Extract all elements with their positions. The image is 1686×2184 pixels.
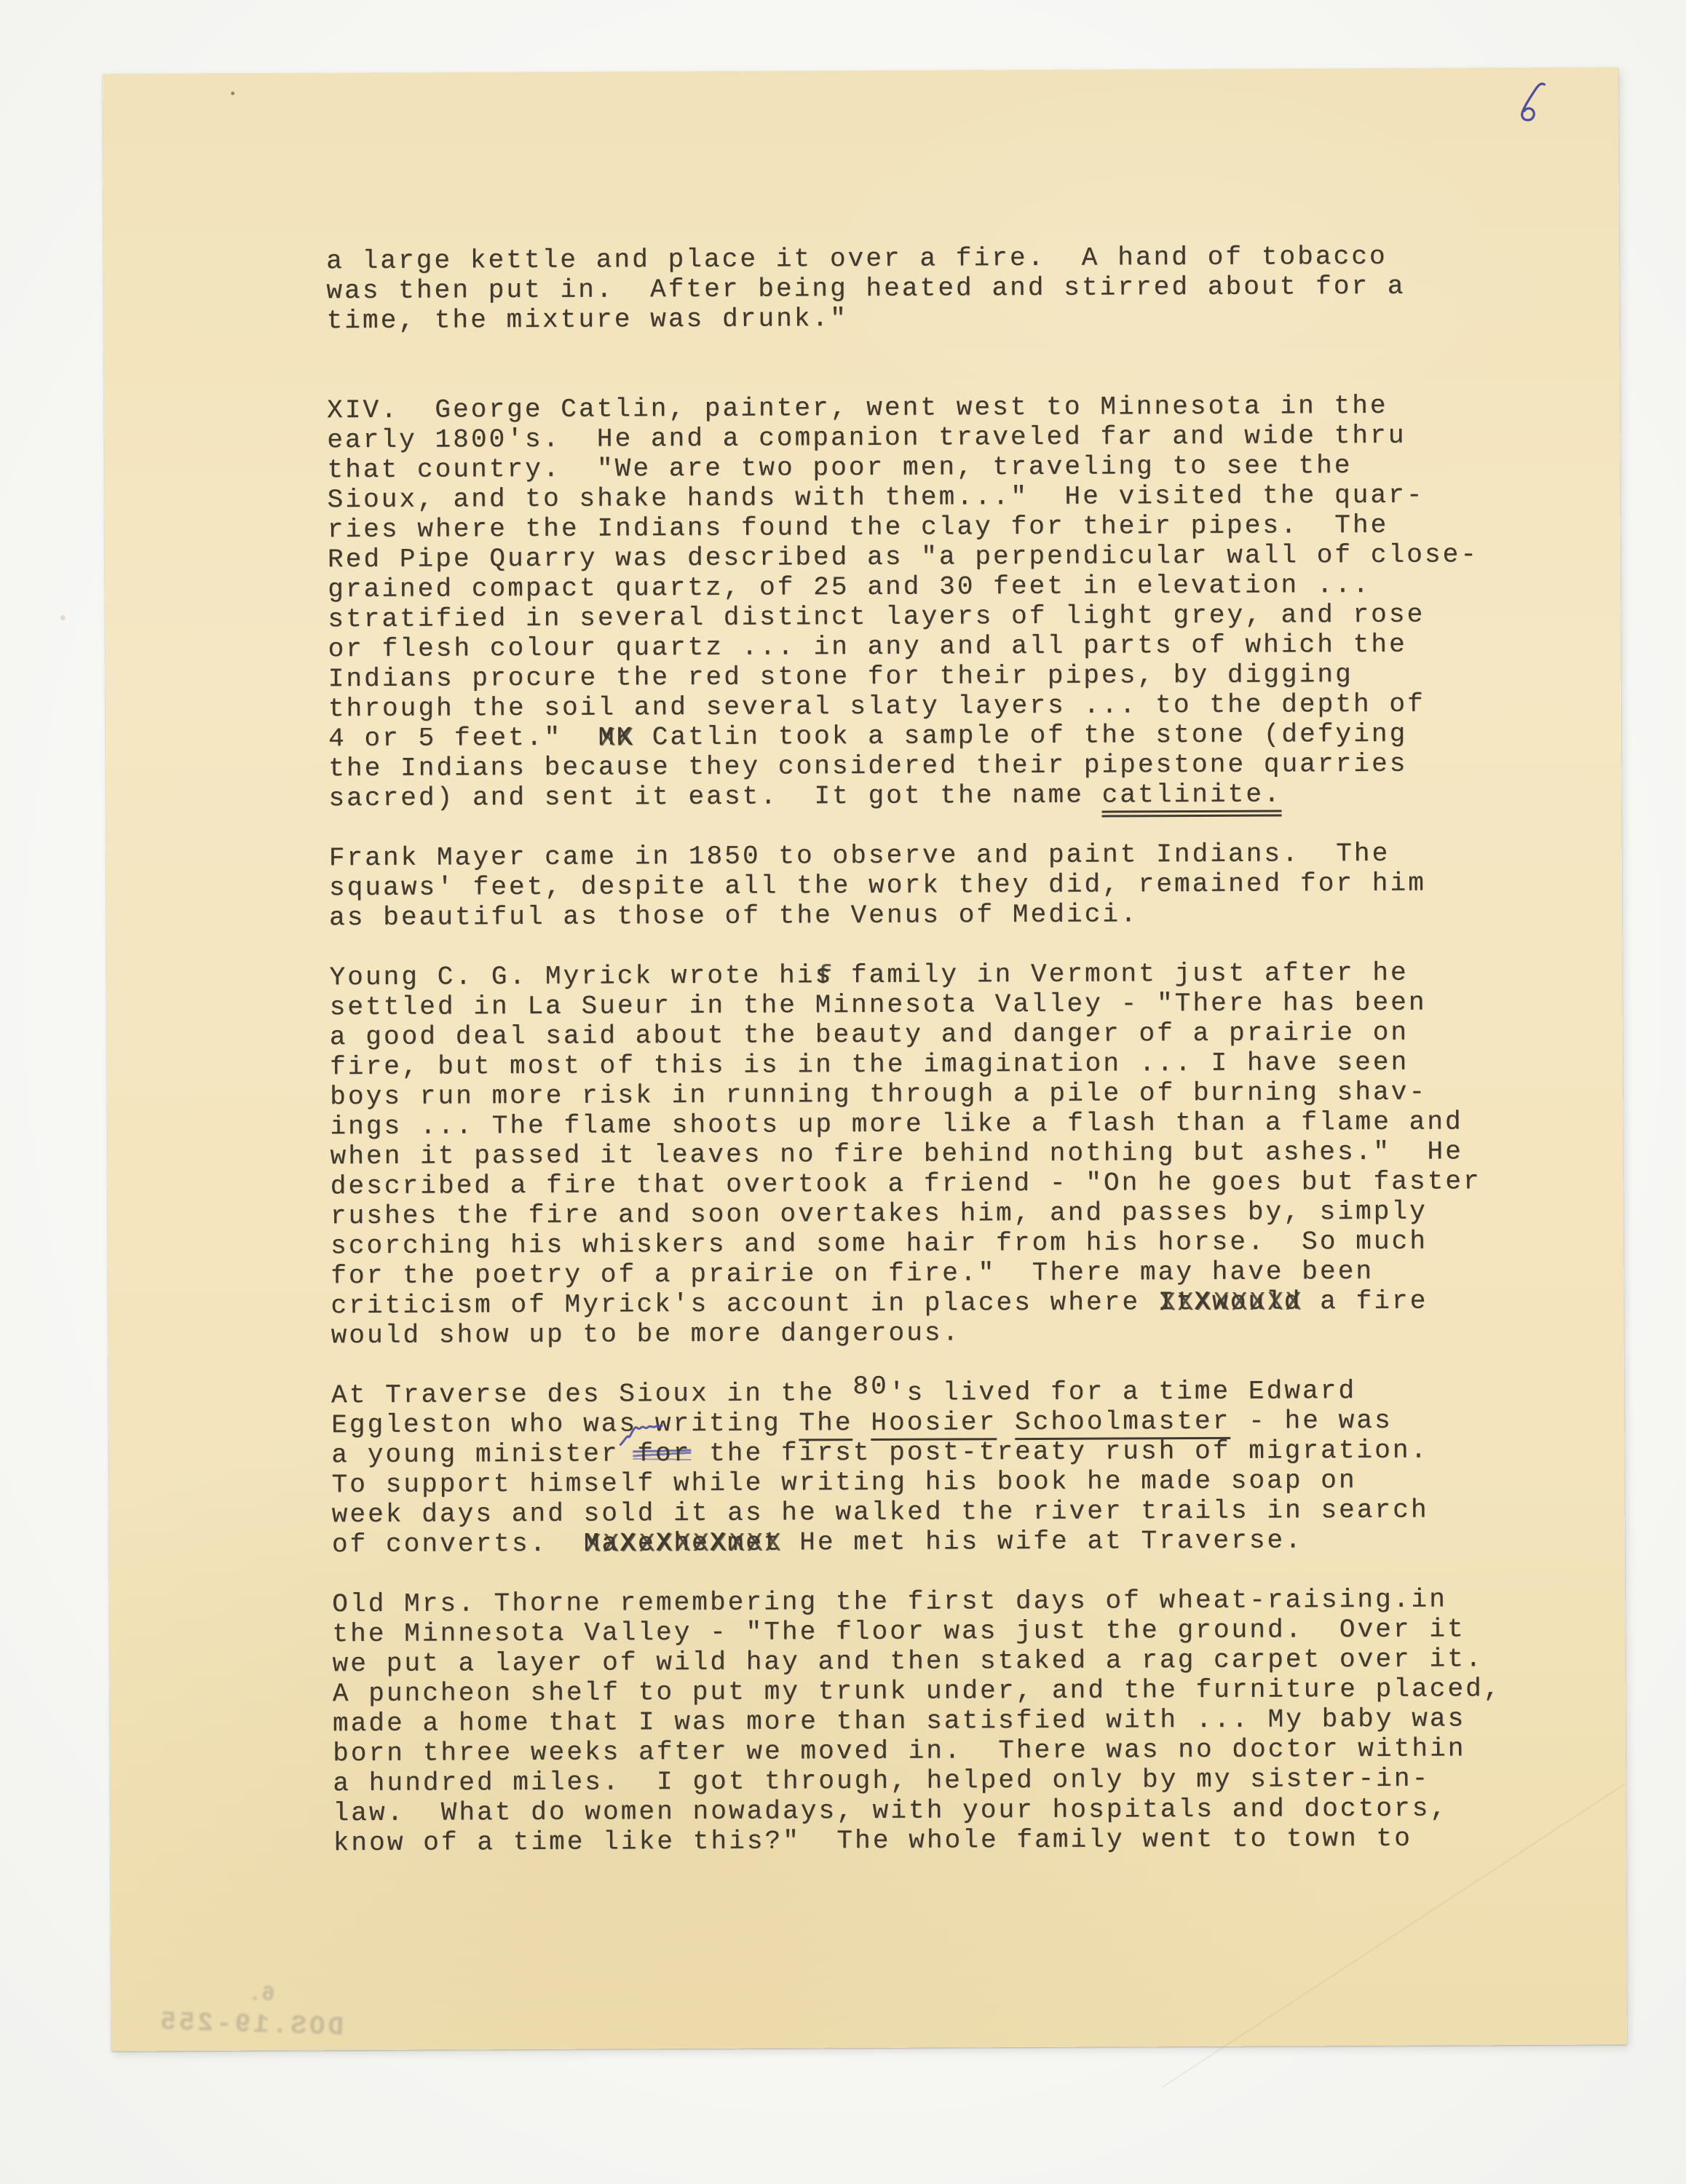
raised-80: 80 — [852, 1372, 889, 1401]
typed-line: ries where the Indians found the clay fo… — [328, 510, 1497, 545]
typed-line: fire, but most of this is in the imagina… — [330, 1047, 1499, 1082]
typed-line: when it passed it leaves no fire behind … — [330, 1136, 1499, 1171]
typed-line: 4 or 5 feet." MKXX Catlin took a sample … — [328, 719, 1497, 753]
typed-line: boys run more risk in running through a … — [330, 1077, 1499, 1112]
overstruck-correction: sf — [815, 960, 833, 990]
typed-line: stratified in several distinct layers of… — [328, 599, 1497, 634]
underlined-term-catlinite: catlinite. — [1102, 779, 1282, 817]
typed-line: Eggleston who was writing The Hoosier Sc… — [331, 1405, 1500, 1440]
typed-line: rushes the fire and soon overtakes him, … — [331, 1196, 1500, 1231]
typewritten-text: a large kettle and place it over a fire.… — [326, 241, 1502, 1858]
typed-line: settled in La Sueur in the Minnesota Val… — [330, 987, 1499, 1022]
typed-line: born three weeks after we moved in. Ther… — [333, 1733, 1502, 1768]
typed-line: made a home that I was more than satisfi… — [333, 1704, 1502, 1738]
underlined-title-word: Schoolmaster — [1015, 1406, 1231, 1440]
paragraph-gap — [329, 808, 1498, 843]
typed-line: ings ... The flame shoots up more like a… — [330, 1107, 1499, 1142]
typed-line: Indians procure the red stone for their … — [328, 659, 1497, 694]
paragraph-gap — [332, 1554, 1501, 1589]
typed-line: would show up to be more dangerous. — [331, 1315, 1500, 1350]
typed-line: know of a time like this?" The whole fam… — [333, 1823, 1503, 1858]
paragraph-gap — [331, 1345, 1500, 1380]
typed-line: a young minister for the first post-trea… — [331, 1435, 1500, 1470]
overstruck-correction: ItXwouldXXXXXXXX — [1158, 1286, 1302, 1317]
typed-line: a good deal said about the beauty and da… — [330, 1017, 1499, 1052]
typed-line: was then put in. After being heated and … — [326, 271, 1495, 306]
bleedthrough-number: 6. — [152, 1979, 371, 2011]
scanned-page-image: a large kettle and place it over a fire.… — [0, 0, 1686, 2184]
typed-line: squaws' feet, despite all the work they … — [329, 868, 1498, 903]
typed-line: a hundred miles. I got through, helped o… — [333, 1763, 1502, 1798]
typed-line: Young C. G. Myrick wrote hisf family in … — [329, 957, 1498, 992]
typed-line: time, the mixture was drunk." — [326, 301, 1495, 336]
typed-line: XIV. George Catlin, painter, went west t… — [327, 390, 1496, 425]
underlined-title-word: The — [799, 1408, 852, 1441]
typed-line: sacred) and sent it east. It got the nam… — [328, 778, 1497, 813]
typed-line: week days and sold it as he walked the r… — [332, 1495, 1501, 1530]
typed-line: a large kettle and place it over a fire.… — [326, 241, 1495, 276]
typed-line: criticism of Myrick's account in places … — [331, 1286, 1500, 1321]
typed-line: that country. "We are two poor men, trav… — [327, 450, 1496, 485]
overstruck-correction: MKXX — [598, 722, 635, 752]
typed-line: To support himself while writing his boo… — [331, 1465, 1500, 1500]
typed-line: law. What do women nowadays, with your h… — [333, 1793, 1502, 1828]
typed-line: or flesh colour quartz ... in any and al… — [328, 629, 1497, 664]
typed-line: described a fire that overtook a friend … — [331, 1166, 1500, 1201]
handwritten-page-number — [1515, 81, 1548, 124]
typed-line: we put a layer of wild hay and then stak… — [333, 1644, 1502, 1679]
typed-line: as beautiful as those of the Venus of Me… — [329, 898, 1498, 933]
typed-line: Sioux, and to shake hands with them..." … — [328, 480, 1497, 515]
typed-line: Old Mrs. Thorne remembering the first da… — [332, 1584, 1501, 1619]
document-page: a large kettle and place it over a fire.… — [103, 67, 1627, 2051]
bleedthrough-code: DOS.19-255 — [141, 2006, 360, 2043]
typed-line: the Indians because they considered thei… — [328, 748, 1497, 783]
typed-line: the Minnesota Valley - "The floor was ju… — [332, 1614, 1501, 1649]
typed-line: scorching his whiskers and some hair fro… — [331, 1226, 1500, 1261]
ink-speck — [231, 92, 234, 95]
typed-line: for the poetry of a prairie on fire." Th… — [331, 1256, 1500, 1291]
typed-line: Red Pipe Quarry was described as "a perp… — [328, 539, 1497, 574]
bleedthrough-stamp: 6. DOS.19-255 — [141, 1979, 361, 2043]
typed-line: A puncheon shelf to put my trunk under, … — [333, 1674, 1502, 1709]
pen-struck-word: for — [633, 1439, 691, 1468]
typed-line: At Traverse des Sioux in the 80's lived … — [331, 1375, 1500, 1410]
typed-line: through the soil and several slaty layer… — [328, 689, 1497, 724]
paragraph-gap — [327, 331, 1496, 395]
paragraph-gap — [329, 927, 1498, 962]
typed-line: Frank Mayer came in 1850 to observe and … — [329, 838, 1498, 873]
overstruck-correction: MaXeXheXmetXXXXXXXXXXX — [584, 1528, 782, 1559]
dust-speck — [60, 615, 66, 620]
typed-line: early 1800's. He and a companion travele… — [327, 420, 1496, 455]
typed-line: grained compact quartz, of 25 and 30 fee… — [328, 569, 1497, 604]
typed-line: of converts. MaXeXheXmetXXXXXXXXXXX He m… — [332, 1524, 1501, 1559]
underlined-title-word: Hoosier — [871, 1407, 997, 1441]
